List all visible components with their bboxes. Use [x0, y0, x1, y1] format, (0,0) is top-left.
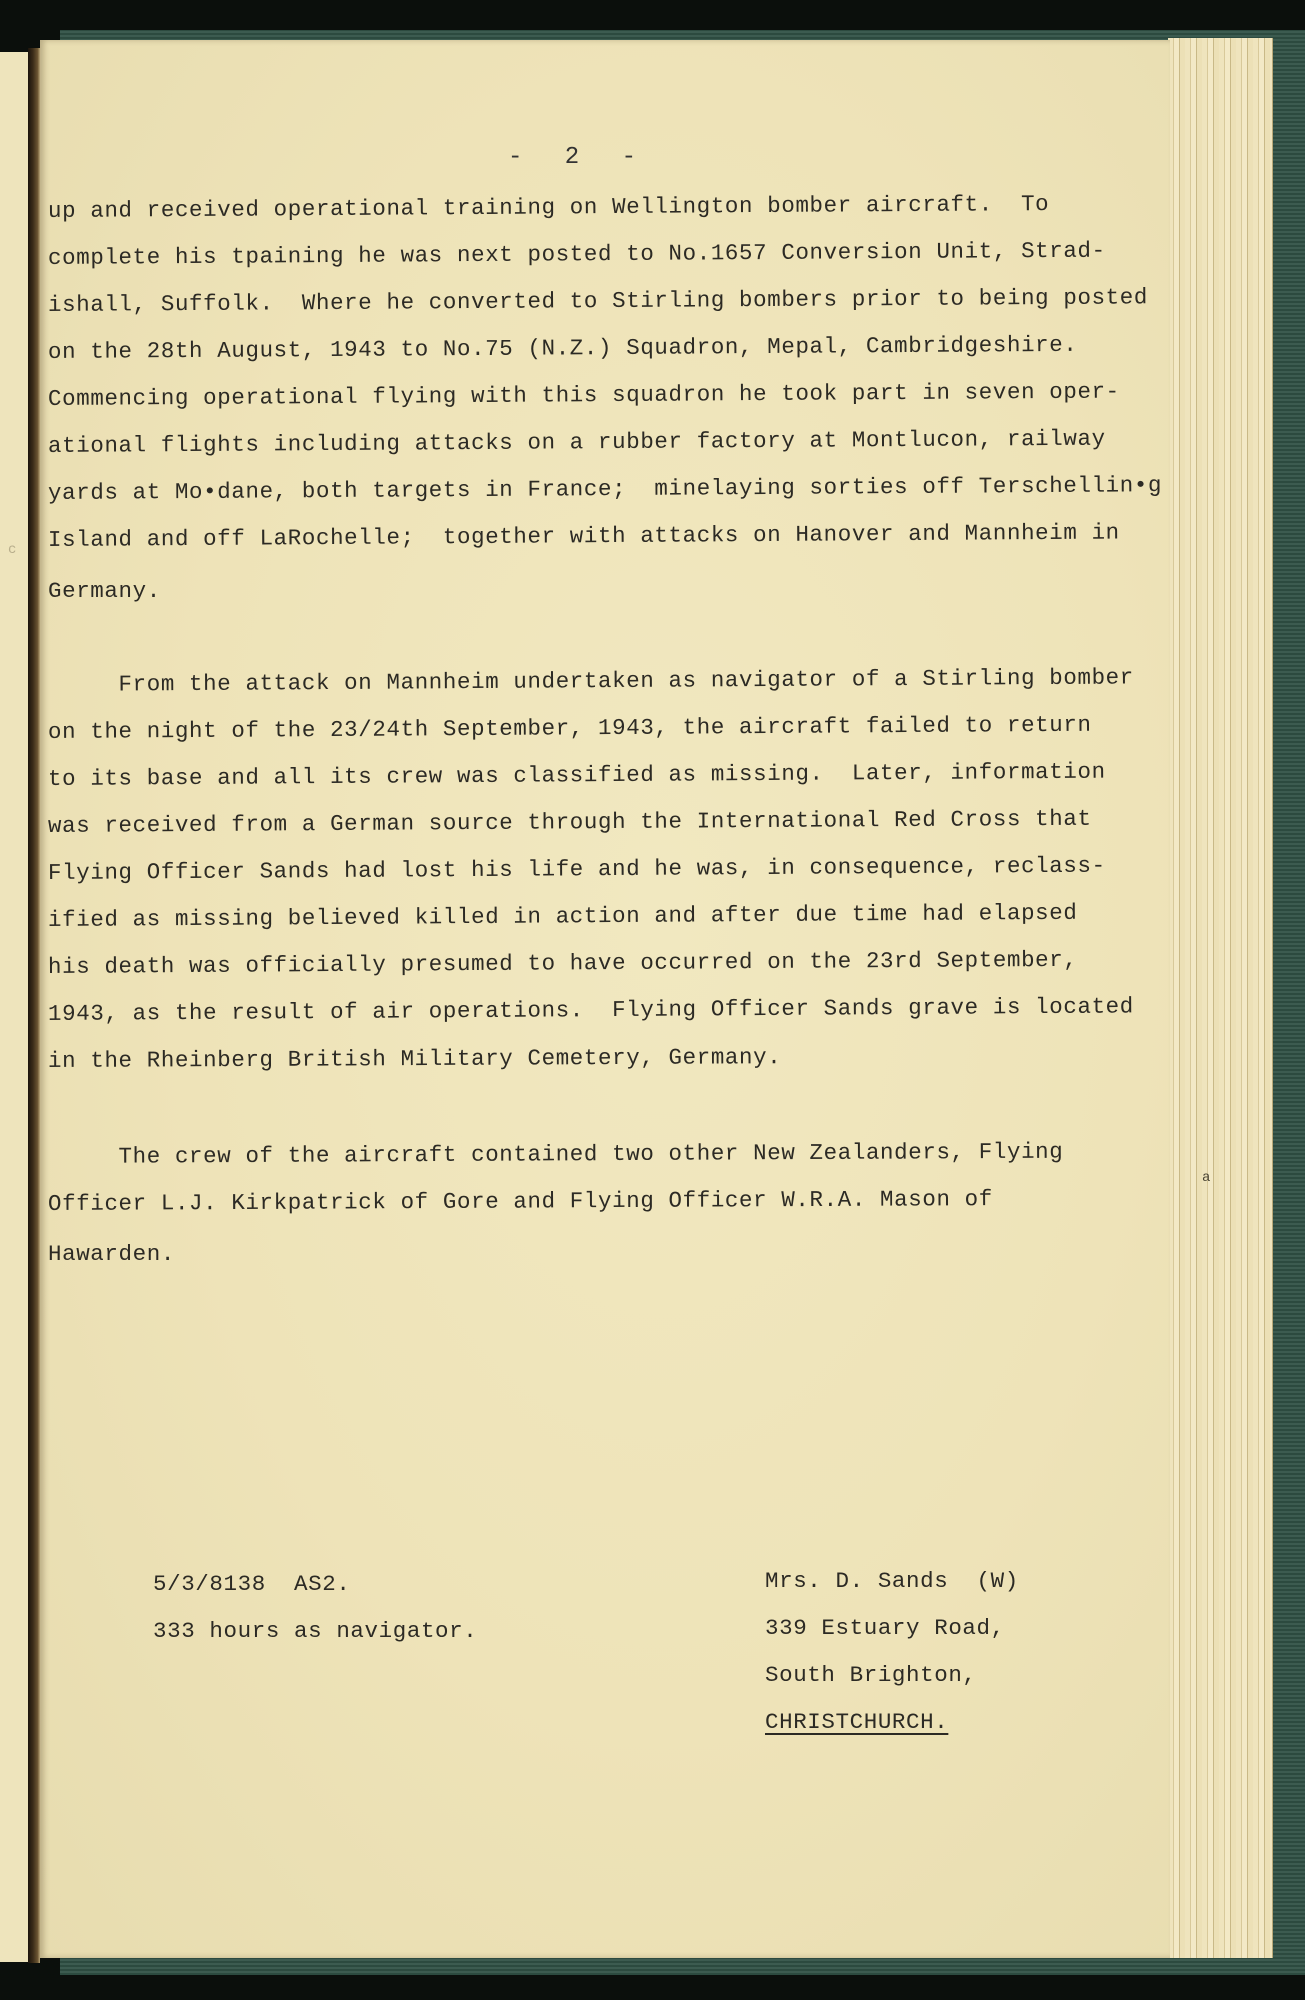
text-line: to its base and all its crew was classif… [48, 761, 1106, 791]
text-line: his death was officially presumed to hav… [48, 949, 1078, 979]
text-line: complete his tpaining he was next posted… [48, 240, 1106, 270]
next-of-kin-name: Mrs. D. Sands (W) [765, 1570, 1019, 1593]
text-line: up and received operational training on … [48, 193, 1049, 222]
text-line: Commencing operational flying with this … [48, 381, 1120, 411]
text-line: The crew of the aircraft contained two o… [48, 1141, 1063, 1169]
page-edge-mark: a [1202, 1170, 1210, 1186]
text-line: was received from a German source throug… [48, 808, 1092, 838]
address-street: 339 Estuary Road, [765, 1617, 1005, 1640]
text-line: on the night of the 23/24th September, 1… [48, 714, 1092, 744]
text-line: ified as missing believed killed in acti… [48, 902, 1078, 932]
text-line: ational flights including attacks on a r… [48, 428, 1106, 458]
text-line: on the 28th August, 1943 to No.75 (N.Z.)… [48, 334, 1078, 364]
flying-hours: 333 hours as navigator. [153, 1620, 477, 1643]
address-city: CHRISTCHURCH. [765, 1711, 948, 1734]
address-suburb: South Brighton, [765, 1664, 977, 1687]
book-gutter [28, 48, 40, 1963]
facing-page-bleed-marks: c [6, 52, 24, 1962]
text-line: Hawarden. [48, 1243, 175, 1266]
text-line: Flying Officer Sands had lost his life a… [48, 855, 1106, 885]
text-line: 1943, as the result of air operations. F… [48, 995, 1134, 1025]
facing-page-edge: c [0, 52, 29, 1962]
text-line: Germany. [48, 580, 161, 603]
text-line: From the attack on Mannheim undertaken a… [48, 666, 1134, 696]
text-line: ishall, Suffolk. Where he converted to S… [48, 286, 1148, 316]
text-line: Island and off LaRochelle; together with… [48, 522, 1120, 552]
page-number: - 2 - [508, 144, 650, 171]
document-page: - 2 - up and received operational traini… [40, 40, 1170, 1958]
text-line: Officer L.J. Kirkpatrick of Gore and Fly… [48, 1188, 993, 1215]
text-line: in the Rheinberg British Military Cemete… [48, 1046, 781, 1072]
page-edges-stack: a [1168, 38, 1273, 1958]
reference-number: 5/3/8138 AS2. [153, 1573, 350, 1596]
text-line: yards at Mo•dane, both targets in France… [48, 474, 1162, 504]
